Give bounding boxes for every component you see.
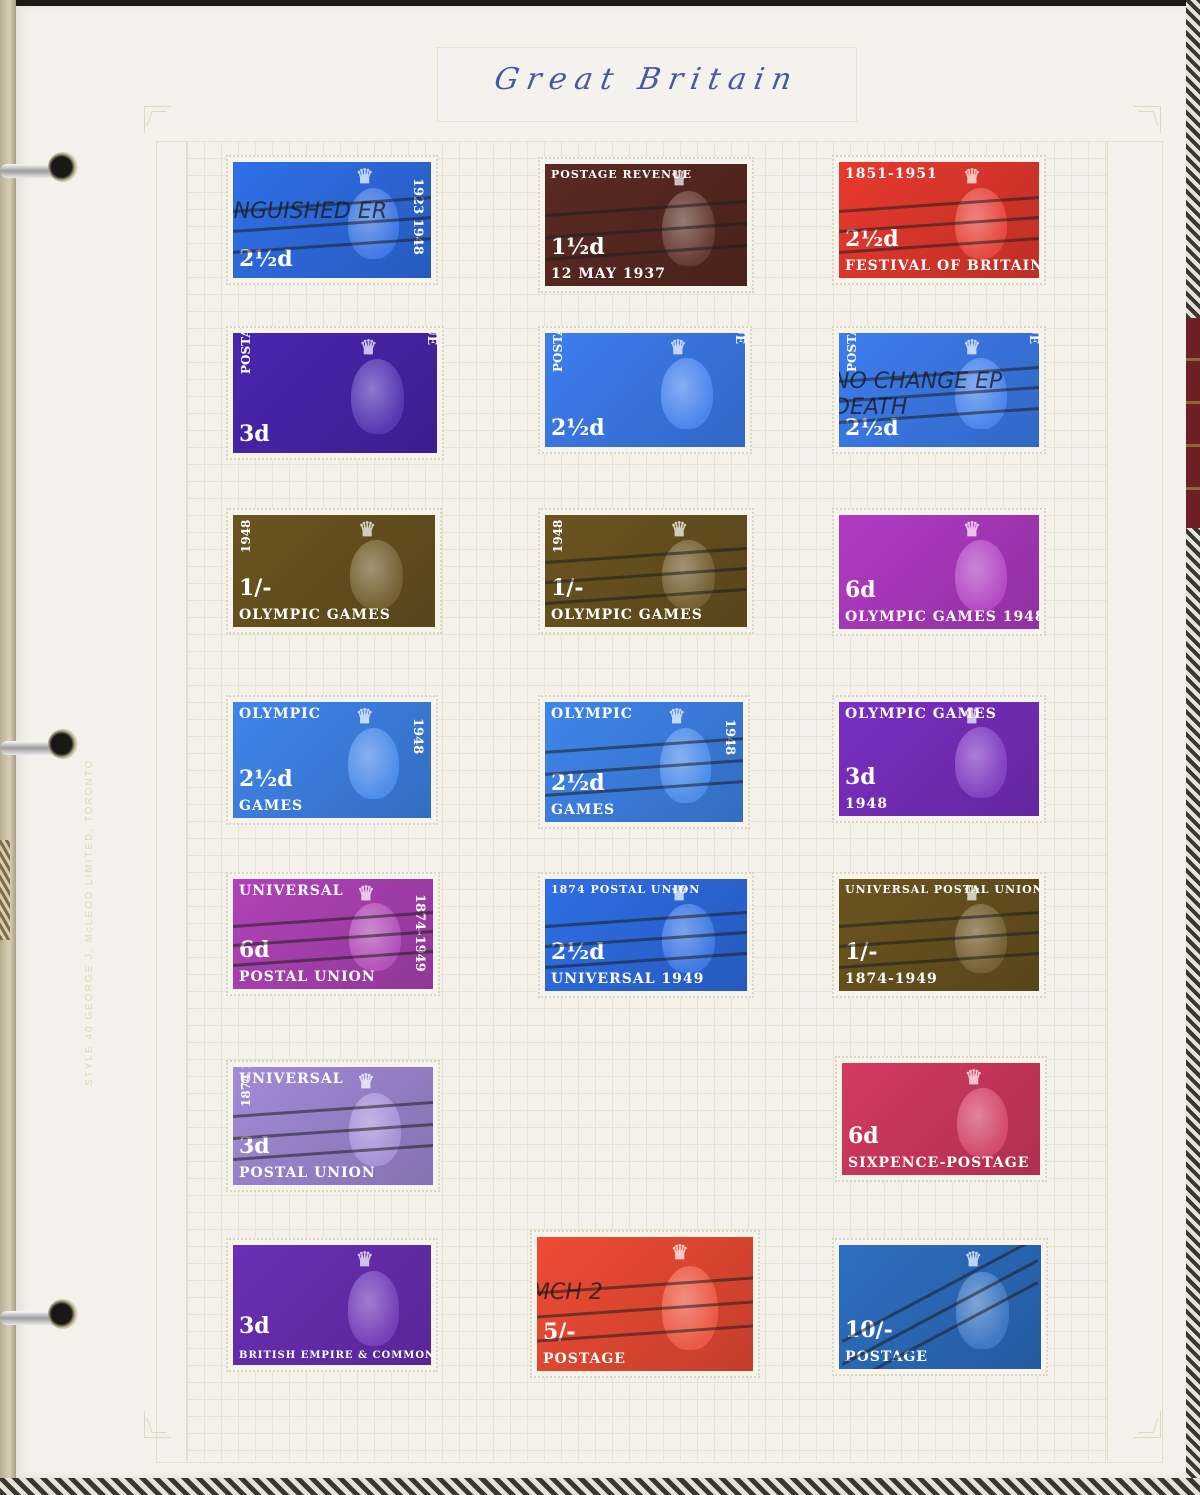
stamp-denomination: 3d: [239, 1313, 270, 1339]
stamp-bottom-text: OLYMPIC GAMES: [239, 607, 391, 623]
stamp-face: ♛POSTAGE5/-MCH 2: [537, 1237, 753, 1371]
monarch-portrait: [351, 359, 404, 433]
postmark-line: [841, 1259, 1038, 1366]
stamp-victory-2-5d-b: ♛2½dPOSTAGEREVENUENO CHANGE EP DEATH: [832, 326, 1046, 454]
binder-ring-middle: [0, 727, 72, 773]
binder-ring-bottom: [0, 1297, 72, 1343]
stamp-bottom-text: 1874-1949: [845, 971, 938, 987]
crown-icon: ♛: [359, 335, 377, 359]
stamp-bottom-text: POSTAGE: [543, 1351, 626, 1367]
stamp-face: ♛1874 POSTAL UNIONUNIVERSAL 19492½d: [545, 879, 747, 991]
stamp-olympic-2-5d-a: ♛OLYMPICGAMES2½d1948: [226, 695, 438, 825]
stamp-olympic-2-5d-b: ♛OLYMPICGAMES2½d1948: [538, 695, 750, 829]
stamp-sixpence-postage: ♛SIXPENCE-POSTAGE6d: [835, 1056, 1047, 1182]
stamp-denomination: 1/-: [239, 575, 271, 601]
stamp-face: ♛OLYMPIC GAMES1/-1948: [233, 515, 435, 627]
stamp-bottom-text: OLYMPIC GAMES 1948: [845, 609, 1039, 625]
postmark-line: [839, 911, 1039, 929]
crown-icon: ♛: [670, 517, 688, 541]
postmark-line: [233, 1122, 433, 1140]
stamp-bottom-text: SIXPENCE-POSTAGE: [848, 1155, 1029, 1171]
stamp-castle-5s: ♛POSTAGE5/-MCH 2: [530, 1230, 760, 1378]
postmark-line: [545, 910, 747, 928]
stamp-face: ♛UNIVERSALPOSTAL UNION3d1874 1949: [233, 1067, 433, 1185]
stamp-bottom-text: FESTIVAL OF BRITAIN: [845, 258, 1039, 274]
stamp-olympic-1s-a: ♛OLYMPIC GAMES1/-1948: [226, 508, 442, 634]
stamp-left-text: POSTAGE: [845, 333, 859, 372]
stamp-olympic-1s-b: ♛OLYMPIC GAMES1/-1948: [538, 508, 754, 634]
stamp-top-text: OLYMPIC: [239, 706, 321, 722]
stamp-denomination: 2½d: [239, 766, 293, 792]
stamp-side-text: 1948: [410, 718, 425, 754]
stamp-festival-2-5d: ♛1851-1951FESTIVAL OF BRITAIN2½d: [832, 155, 1046, 285]
stamp-upu-1s: ♛UNIVERSAL POSTAL UNION1874-19491/-: [832, 872, 1046, 998]
stamp-left-text: POSTAGE: [239, 333, 253, 374]
postmark-line: [545, 546, 747, 564]
stamp-denomination: 6d: [848, 1123, 879, 1149]
stamp-face: ♛OLYMPIC GAMES1/-1948: [545, 515, 747, 627]
stamp-face: ♛OLYMPIC GAMES19483d: [839, 702, 1039, 816]
corner-ornament-bottom-left: [144, 1411, 171, 1438]
postmark-line: [545, 758, 743, 776]
monarch-portrait: [348, 728, 399, 800]
stamp-bottom-text: POSTAL UNION: [239, 969, 376, 985]
crown-icon: ♛: [357, 1069, 375, 1093]
stamp-top-text: POSTAGE REVENUE: [551, 168, 692, 181]
crown-icon: ♛: [357, 881, 375, 905]
stamp-bottom-text: GAMES: [239, 798, 303, 814]
stamp-upu-6d: ♛UNIVERSALPOSTAL UNION6d1874-1949: [226, 872, 440, 996]
binder-ring-top: [0, 150, 72, 196]
stamp-olympic-3d: ♛OLYMPIC GAMES19483d: [832, 695, 1046, 823]
stamp-top-text: UNIVERSAL POSTAL UNION: [845, 883, 1039, 896]
book-edge-bottom: [0, 1478, 1200, 1495]
stamp-top-text: UNIVERSAL: [239, 883, 344, 899]
crown-icon: ♛: [963, 517, 981, 541]
stamp-face: ♛OLYMPICGAMES2½d1948: [545, 702, 743, 822]
monarch-portrait: [957, 1088, 1008, 1157]
monarch-portrait: [955, 727, 1007, 798]
monarch-portrait: [955, 540, 1007, 611]
stamp-face: ♛POSTAGE10/-: [839, 1245, 1041, 1369]
stamp-face: ♛OLYMPIC GAMES 19486d: [839, 515, 1039, 629]
postmark-line: [545, 199, 747, 217]
stamp-face: ♛BRITISH EMPIRE & COMMONWEALTH GAMES3d: [233, 1245, 431, 1365]
postmark-line: [545, 736, 743, 754]
stamp-olympic-6d: ♛OLYMPIC GAMES 19486d: [832, 508, 1046, 636]
stamp-commonwealth-games-3d: ♛BRITISH EMPIRE & COMMONWEALTH GAMES3d: [226, 1238, 438, 1372]
spine-ornament: [0, 840, 10, 940]
stamp-right-text: REVENUE: [733, 333, 745, 344]
stamp-victory-2-5d-a: ♛2½dPOSTAGEREVENUE: [538, 326, 752, 454]
stamp-top-text: UNIVERSAL: [239, 1071, 344, 1087]
postmark-line: [545, 221, 747, 239]
postmark-slogan: NO CHANGE EP DEATH: [839, 369, 1039, 421]
stamp-left-text: 1874 1949: [239, 1067, 253, 1107]
stamp-denomination: 3d: [239, 421, 270, 447]
stamp-face: ♛OLYMPICGAMES2½d1948: [233, 702, 431, 818]
stamp-silver-wedding-2-5d: ♛2½d1923 1948INGUISHED ER: [226, 155, 438, 285]
crown-icon: ♛: [356, 704, 374, 728]
crown-icon: ♛: [356, 1247, 374, 1271]
stamp-face: ♛SIXPENCE-POSTAGE6d: [842, 1063, 1040, 1175]
stamp-coronation-1-5d: ♛POSTAGE REVENUE12 MAY 19371½d: [538, 157, 754, 293]
stamp-bottom-text: UNIVERSAL 1949: [551, 971, 704, 987]
crown-icon: ♛: [668, 704, 686, 728]
postmark-line: [839, 195, 1039, 213]
corner-ornament-top-left: [144, 106, 171, 133]
postmark-line: [233, 910, 433, 928]
stamp-denomination: 3d: [845, 764, 876, 790]
stamp-denomination: 6d: [845, 577, 876, 603]
stamp-victory-3d: ♛3dPOSTAGEREVENUE: [226, 326, 444, 460]
publisher-imprint: STYLE 40 GEORGE J. McLEOD LIMITED, TORON…: [84, 759, 95, 1086]
postmark-line: [233, 1101, 433, 1119]
stamp-denomination: 2½d: [551, 415, 605, 441]
corner-ornament-bottom-right: [1134, 1411, 1161, 1438]
crown-icon: ♛: [963, 335, 981, 359]
monarch-portrait: [348, 1271, 399, 1345]
crown-icon: ♛: [356, 164, 374, 188]
crown-icon: ♛: [671, 1240, 689, 1264]
book-edge-right: [1186, 0, 1200, 1495]
stamp-bottom-text: GAMES: [551, 802, 615, 818]
stamp-top-text: 1851-1951: [845, 166, 938, 182]
stamp-face: ♛3dPOSTAGEREVENUE: [233, 333, 437, 453]
stamp-upu-3d: ♛UNIVERSALPOSTAL UNION3d1874 1949: [226, 1060, 440, 1192]
stamp-face: ♛POSTAGE REVENUE12 MAY 19371½d: [545, 164, 747, 286]
book-edge-red-band: [1186, 318, 1200, 528]
postmark-slogan: INGUISHED ER: [233, 199, 431, 225]
stamp-bottom-text: OLYMPIC GAMES: [551, 607, 703, 623]
stamp-left-text: 1948: [551, 520, 565, 553]
stamp-bottom-text: 12 MAY 1937: [551, 266, 666, 282]
stamp-face: ♛2½d1923 1948INGUISHED ER: [233, 162, 431, 278]
crown-icon: ♛: [965, 1065, 983, 1089]
stamp-bottom-text: 1948: [845, 796, 888, 812]
stamp-bottom-text: POSTAL UNION: [239, 1165, 376, 1181]
stamp-right-text: REVENUE: [1027, 333, 1039, 344]
stamp-top-text: OLYMPIC: [551, 706, 633, 722]
monarch-portrait: [661, 358, 713, 429]
postmark-slogan: MCH 2: [537, 1280, 753, 1306]
stamp-left-text: 1948: [239, 520, 253, 553]
corner-ornament-top-right: [1134, 106, 1161, 133]
page-title: Great Britain: [435, 62, 859, 97]
stamp-face: ♛UNIVERSALPOSTAL UNION6d1874-1949: [233, 879, 433, 989]
stamp-left-text: POSTAGE: [551, 333, 565, 372]
stamp-face: ♛1851-1951FESTIVAL OF BRITAIN2½d: [839, 162, 1039, 278]
stamp-right-text: REVENUE: [425, 333, 437, 345]
monarch-portrait: [350, 540, 403, 609]
stamp-upu-2-5d: ♛1874 POSTAL UNIONUNIVERSAL 19492½d: [538, 872, 754, 998]
title-box: Great Britain: [437, 47, 857, 122]
stamp-top-text: OLYMPIC GAMES: [845, 706, 997, 722]
crown-icon: ♛: [358, 517, 376, 541]
crown-icon: ♛: [669, 335, 687, 359]
stamp-face: ♛2½dPOSTAGEREVENUE: [545, 333, 745, 447]
stamp-top-text: 1874 POSTAL UNION: [551, 883, 700, 896]
stamp-face: ♛2½dPOSTAGEREVENUENO CHANGE EP DEATH: [839, 333, 1039, 447]
crown-icon: ♛: [963, 164, 981, 188]
stamp-castle-10s: ♛POSTAGE10/-: [832, 1238, 1048, 1376]
stamp-bottom-text: BRITISH EMPIRE & COMMONWEALTH GAMES: [239, 1350, 431, 1361]
stamp-face: ♛UNIVERSAL POSTAL UNION1874-19491/-: [839, 879, 1039, 991]
